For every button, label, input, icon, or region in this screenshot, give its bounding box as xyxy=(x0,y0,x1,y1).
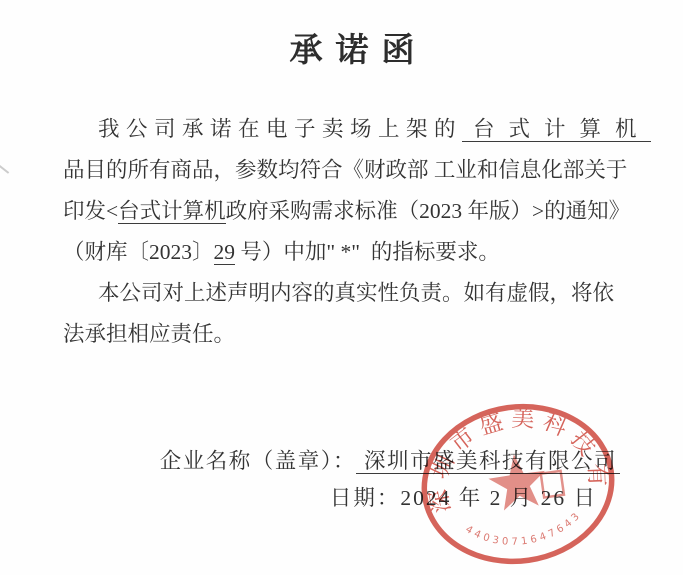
page-title: 承诺函 xyxy=(0,24,683,71)
body-line-3-pre: 印发< xyxy=(63,199,118,223)
body-line-4-pre: （财库〔2023〕 xyxy=(63,240,214,264)
underlined-document-number: 29 xyxy=(214,240,236,265)
scan-artifact xyxy=(0,164,9,174)
underlined-category: 台式计算机 xyxy=(462,117,651,142)
body-line-2: 品目的所有商品，参数均符合《财政部 工业和信息化部关于 xyxy=(63,150,663,191)
body-line-1: 我公司承诺在电子卖场上架的台式计算机 xyxy=(63,109,663,150)
seal-inner-mark xyxy=(541,471,564,498)
body-line-2-text: 品目的所有商品，参数均符合《财政部 工业和信息化部关于 xyxy=(63,158,627,182)
date-label: 日期： xyxy=(330,486,401,510)
star-icon xyxy=(486,450,550,512)
body-line-1-text: 我公司承诺在电子卖场上架的 xyxy=(98,117,462,141)
body-line-6: 法承担相应责任。 xyxy=(63,314,663,355)
company-seal-stamp: 深圳市盛美科技有限公司 4403071647643 xyxy=(418,400,618,572)
body-line-4-post: 号）中加" *" 的指标要求。 xyxy=(235,240,500,264)
company-label: 企业名称（盖章）： xyxy=(160,449,356,473)
body-line-3: 印发<台式计算机政府采购需求标准（2023 年版）>的通知》 xyxy=(63,191,663,232)
letter-page: 承诺函 我公司承诺在电子卖场上架的台式计算机 品目的所有商品，参数均符合《财政部… xyxy=(0,0,683,575)
underlined-standard-name: 台式计算机 xyxy=(118,199,226,224)
body-line-4: （财库〔2023〕29 号）中加" *" 的指标要求。 xyxy=(63,232,663,273)
letter-body: 我公司承诺在电子卖场上架的台式计算机 品目的所有商品，参数均符合《财政部 工业和… xyxy=(63,109,663,355)
body-line-3-post: 政府采购需求标准（2023 年版）>的通知》 xyxy=(226,199,631,223)
body-line-5: 本公司对上述声明内容的真实性负责。如有虚假，将依 xyxy=(63,273,663,314)
body-line-5-text: 本公司对上述声明内容的真实性负责。如有虚假，将依 xyxy=(98,281,614,305)
body-line-6-text: 法承担相应责任。 xyxy=(63,322,235,346)
